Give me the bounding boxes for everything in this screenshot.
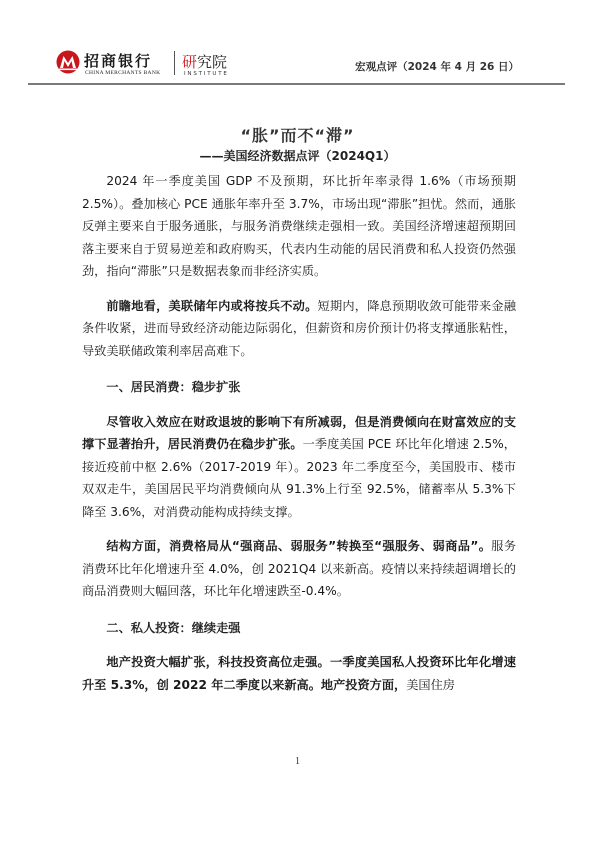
paragraph-lead-bold: 前瞻地看，美联储年内或将按兵不动。: [106, 299, 317, 313]
summary-paragraph: 2024 年一季度美国 GDP 不及预期，环比折年率录得 1.6%（市场预期 2…: [82, 170, 516, 283]
document-title: “胀”而不“滞”: [0, 123, 595, 146]
consumption-paragraph-2: 结构方面，消费格局从“强商品、弱服务”转换至“强服务、弱商品”。服务消费环比年化…: [82, 535, 516, 603]
header-divider: [28, 83, 565, 85]
institute-rest-chars: 究院: [197, 53, 227, 71]
brand-name-en: CHINA MERCHANTS BANK: [85, 70, 160, 76]
document-body: 2024 年一季度美国 GDP 不及预期，环比折年率录得 1.6%（市场预期 2…: [82, 170, 516, 696]
consumption-paragraph-1: 尽管收入效应在财政退坡的影响下有所减弱，但是消费倾向在财富效应的支撑下显著抬升，…: [82, 411, 516, 524]
paragraph-lead-bold: 结构方面，消费格局从“强商品、弱服务”转换至“强服务、弱商品”。: [106, 539, 491, 553]
brand-divider: [174, 51, 175, 75]
brand-name-cn: 招商银行: [84, 50, 152, 71]
page-number: 1: [0, 756, 595, 767]
investment-paragraph-1: 地产投资大幅扩张，科技投资高位走强。一季度美国私人投资环比年化增速升至 5.3%…: [82, 651, 516, 696]
institute-name-cn: 研究院: [182, 51, 227, 72]
section-heading-consumption: 一、居民消费：稳步扩张: [82, 376, 516, 399]
page-header: 招商银行 CHINA MERCHANTS BANK 研究院 INSTITUTE …: [0, 0, 595, 90]
document-subtitle: ——美国经济数据点评（2024Q1）: [0, 147, 595, 164]
paragraph-text: 2024 年一季度美国 GDP 不及预期，环比折年率录得 1.6%（市场预期 2…: [82, 174, 516, 278]
china-merchants-bank-logo-icon: [56, 50, 80, 74]
paragraph-text: 美国住房: [406, 678, 455, 692]
report-type-date: 宏观点评（2024 年 4 月 26 日）: [355, 59, 519, 74]
outlook-paragraph: 前瞻地看，美联储年内或将按兵不动。短期内，降息预期收敛可能带来金融条件收紧，进而…: [82, 295, 516, 363]
institute-name-en: INSTITUTE: [184, 71, 229, 77]
institute-accent-char: 研: [182, 53, 197, 71]
section-heading-investment: 二、私人投资：继续走强: [82, 617, 516, 640]
